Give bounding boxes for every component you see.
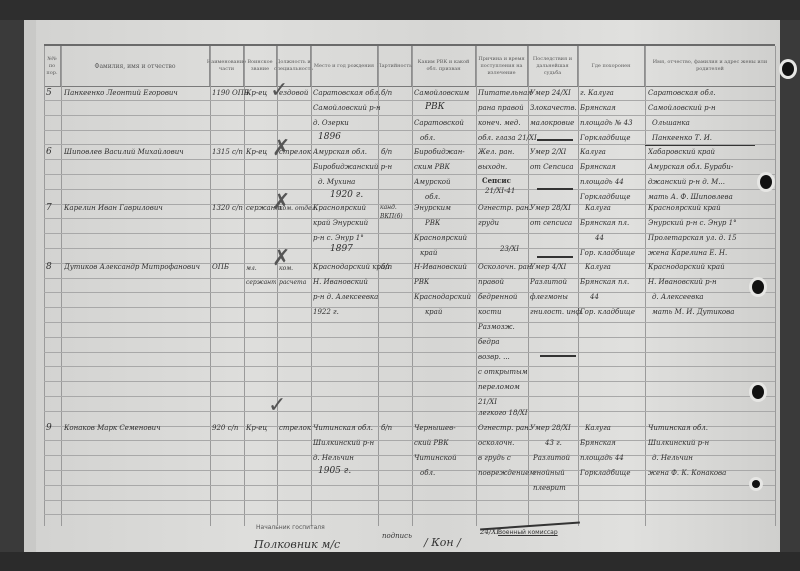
row7-rvk-2: РВК (425, 218, 440, 229)
header-cause: Причина и время поступления на излечение (476, 46, 528, 86)
row5-cause-1: Питательная (478, 88, 532, 99)
row9-outcome-2: 43 г. (545, 438, 562, 449)
row8-outcome-3: флегмоны (530, 292, 568, 303)
row5-outcome-3: малокровие (530, 118, 574, 129)
row8-outcome-4: гнилост. инф. (530, 307, 583, 318)
row7-rvk-4: край (420, 248, 437, 259)
header-name: Фамилия, имя и отчество (61, 46, 210, 86)
row6-unit: 1315 с/п (212, 147, 243, 158)
row7-party: канд. ВКП(б) (380, 203, 410, 221)
row6-birth-1: Амурская обл. (313, 147, 367, 158)
ruled-line (44, 174, 775, 175)
row9-rvk-3: Читинской (414, 453, 457, 464)
row9-birth-3: д. Нельчин (313, 453, 354, 464)
ruled-line (44, 100, 775, 101)
grid-vline (277, 46, 278, 526)
row8-name: Дутиков Александр Митрофанович (64, 262, 200, 273)
row6-cause-3: Сепсис (482, 175, 511, 186)
row5-outcome-2: Злокачеств. (530, 103, 577, 114)
row7-birth-3: р-н с. Энур 1° (313, 233, 364, 244)
row8-cause-10: 21/XI (478, 397, 497, 408)
punch-hole (752, 385, 764, 399)
chief-name: / Кон / (424, 536, 461, 549)
ruled-line (44, 381, 775, 382)
row5-party: б/п (381, 88, 392, 99)
row8-rvk-4: край (425, 307, 442, 318)
row7-outcome-2: от сепсиса (530, 218, 572, 229)
row6-cause-4: 21/XI-41 (485, 186, 515, 197)
ruled-line (44, 115, 775, 116)
row6-birth-3: д. Мухина (318, 177, 355, 188)
row8-birth-2: Н. Ивановский (313, 277, 368, 288)
row7-birth-4: 1897 (330, 244, 353, 255)
commissar-title: Военный комиссар (498, 529, 558, 536)
row8-rvk-1: Н-Ивановский (414, 262, 467, 273)
row5-relatives-underline (645, 145, 755, 146)
row8-outcome-dash (540, 355, 576, 357)
scan-background-top (0, 0, 800, 20)
row9-name: Конаков Марк Семенович (64, 423, 161, 434)
row5-relatives-4: Панкеенко Т. И. (652, 133, 712, 144)
row9-rvk-4: обл. (420, 468, 435, 479)
row9-num: 9 (46, 423, 52, 434)
row9-rvk-2: ский РВК (414, 438, 449, 449)
row5-rvk-1: Самойловским (414, 88, 469, 99)
row5-birth-4: 1896 (318, 132, 341, 143)
scan-background-bottom (0, 552, 800, 571)
row5-rvk-3: Саратовской (414, 118, 464, 129)
checkmark-icon: ✗ (272, 192, 290, 214)
row8-birth-1: Краснодарский край (313, 262, 390, 273)
row7-birth-1: Красноярский (313, 203, 366, 214)
row8-rvk-2: РВК (414, 277, 429, 288)
row7-relatives-2: Энурский р-н с. Энур 1° (648, 218, 737, 229)
row9-position: стрелок (279, 423, 311, 434)
row9-relatives-1: Читинская обл. (648, 423, 708, 434)
row8-cause-3: бедренной (478, 292, 517, 303)
row5-birth-3: д. Озерки (313, 118, 349, 129)
row6-relatives-4: мать А. Ф. Шиповлева (648, 192, 733, 203)
grid-vline (645, 46, 646, 526)
row8-relatives-2: Н. Ивановский р-н (648, 277, 717, 288)
row5-rank: Кр-ец (246, 88, 267, 99)
header-rvk: Каким РВК и какой обл. призван (412, 46, 476, 86)
row8-relatives-3: д. Алексеевка (652, 292, 704, 303)
ruled-line (44, 514, 775, 515)
row7-buried-4: Гор. кладбище (580, 248, 635, 259)
grid-vline (210, 46, 211, 526)
row8-cause-6: бедра (478, 337, 500, 348)
row7-birth-2: край Энурский (313, 218, 368, 229)
row8-cause-8: с открытым (478, 367, 528, 378)
row7-relatives-3: Пролетарская ул. д. 15 (648, 233, 737, 244)
header-birth: Место и год рождения (311, 46, 378, 86)
row8-buried-3: 44 (590, 292, 599, 303)
row6-relatives-1: Хабаровский край (648, 147, 715, 158)
checkmark-icon: ✓ (270, 80, 288, 102)
row5-cause-3: конеч. мед. (478, 118, 521, 129)
row9-relatives-2: Шилкинский р-н (648, 438, 709, 449)
row5-name: Панкеенко Леонтий Егорович (64, 88, 178, 99)
row7-buried-2: Брянская пл. (580, 218, 629, 229)
ruled-line (44, 159, 775, 160)
ruled-line (44, 500, 775, 501)
header-num: №№ по пор. (44, 46, 61, 86)
grid-vline (244, 46, 245, 526)
row9-rank: Кр-ец (246, 423, 267, 434)
row8-cause-9: переломом (478, 382, 520, 393)
row8-buried-4: Гор. кладбище (580, 307, 635, 318)
row5-buried-1: г. Калуга (580, 88, 614, 99)
grid-vline (775, 46, 776, 526)
chief-rank: Полковник м/с (254, 538, 340, 551)
row9-buried-2: Брянская (580, 438, 616, 449)
grid-vline (412, 46, 413, 526)
row7-cause-2: груди (478, 218, 499, 229)
row9-cause-4: повреждением (478, 468, 535, 479)
page-left-edge (24, 20, 36, 552)
row5-cause-4: обл. глаза 21/XI (478, 133, 537, 144)
row7-name: Карелин Иван Гаврилович (64, 203, 163, 214)
row6-party: б/п (381, 147, 392, 158)
row9-unit: 920 с/п (212, 423, 238, 434)
grid-vline (311, 46, 312, 526)
row9-cause-5: легкого 18/XI (478, 408, 528, 419)
row9-outcome-3: Разлитой (533, 453, 570, 464)
header-bottom-rule (44, 86, 775, 87)
punch-hole (760, 175, 772, 189)
header-buried: Где похоронен (578, 46, 645, 86)
punch-hole (782, 62, 794, 76)
row6-buried-3: площадь 44 (580, 177, 624, 188)
row8-cause-5: Размозж. (478, 322, 515, 333)
row5-num: 5 (46, 88, 52, 99)
checkmark-icon: ✗ (272, 248, 290, 270)
row9-outcome-1: Умер 28/XI (530, 423, 571, 434)
row5-relatives-1: Саратовская обл. (648, 88, 715, 99)
row8-cause-4: кости (478, 307, 501, 318)
row6-cause-2: выходн. (478, 162, 507, 173)
row7-outcome-1: Умер 28/XI (530, 203, 571, 214)
row9-outcome-5: плеврит (533, 483, 566, 494)
ruled-line (44, 411, 775, 412)
row9-party: б/п (381, 423, 392, 434)
row7-outcome-dash (537, 256, 573, 258)
row7-cause-3: 23/XI (500, 244, 519, 255)
ruled-line (44, 485, 775, 486)
row7-buried-3: 44 (595, 233, 604, 244)
row7-rvk-1: Энурским (414, 203, 451, 214)
header-unit: Наименование части (210, 46, 244, 86)
row8-cause-2: правой (478, 277, 504, 288)
row8-unit: ОПБ (212, 262, 229, 273)
row6-num: 6 (46, 147, 52, 158)
ruled-line (44, 352, 775, 353)
chief-label: Начальник госпиталя (256, 524, 325, 531)
row5-cause-2: рана правой (478, 103, 524, 114)
row9-birth-2: Шилкинский р-н (313, 438, 374, 449)
row9-relatives-3: д. Нельчин (652, 453, 693, 464)
row7-rvk-3: Красноярский (414, 233, 467, 244)
row7-num: 7 (46, 203, 52, 214)
row7-relatives-4: жена Карелина Е. Н. (648, 248, 727, 259)
ruled-line (44, 337, 775, 338)
row8-party: б/п (381, 262, 392, 273)
row5-buried-2: Брянская (580, 103, 616, 114)
row7-unit: 1320 с/п (212, 203, 243, 214)
signature: подпись (382, 532, 412, 540)
row5-buried-4: Горкладбище (580, 133, 631, 144)
grid-vline (528, 46, 529, 526)
punch-hole (752, 280, 764, 294)
row9-rvk-1: Чернышев- (414, 423, 456, 434)
row9-birth-4: 1905 г. (318, 466, 351, 477)
row5-buried-3: площадь № 43 (580, 118, 633, 129)
row7-relatives-1: Красноярский край (648, 203, 721, 214)
row6-rank: Кр-ец (246, 147, 267, 158)
row9-cause-2: осколочн. (478, 438, 514, 449)
grid-vline (476, 46, 477, 526)
row8-rvk-3: Краснодарский (414, 292, 471, 303)
row8-outcome-1: Умер 4/XI (530, 262, 566, 273)
grid-vline (44, 46, 45, 526)
grid-vline (378, 46, 379, 526)
row6-rvk-1: Биробиджан- (414, 147, 465, 158)
row8-relatives-1: Краснодарский край (648, 262, 725, 273)
grid-vline (61, 46, 62, 526)
row8-outcome-2: Разлитой (530, 277, 567, 288)
row7-cause-1: Огнестр. ран. (478, 203, 531, 214)
row9-buried-4: Горкладбище (580, 468, 631, 479)
row5-unit: 1190 ОПБ (212, 88, 249, 99)
row6-name: Шиповлев Василий Михайлович (64, 147, 184, 158)
row8-birth-4: 1922 г. (313, 307, 339, 318)
header-relatives: Имя, отчество, фамилия и адрес жены или … (645, 46, 775, 86)
checkmark-icon: ✗ (272, 138, 290, 160)
row6-birth-4: 1920 г. (330, 190, 363, 201)
row5-relatives-3: Ольшанка (652, 118, 690, 129)
row6-relatives-2: Амурская обл. Бураби- (648, 162, 733, 173)
row6-buried-4: Горкладбище (580, 192, 631, 203)
row5-birth-1: Саратовская обл. (313, 88, 380, 99)
row6-cause-1: Жел. ран. (478, 147, 514, 158)
row8-buried-1: Калуга (585, 262, 611, 273)
grid-vline (578, 46, 579, 526)
row9-relatives-4: жена Ф. К. Конакова (648, 468, 726, 479)
row5-outcome-1: Умер 24/XI (530, 88, 571, 99)
row8-birth-3: р-н д. Алексеевка (313, 292, 378, 303)
checkmark-icon: ✓ (268, 395, 286, 417)
row6-outcome-2: от Сепсиса (530, 162, 574, 173)
row6-outcome-1: Умер 2/XI (530, 147, 566, 158)
row8-cause-1: Осколочн. ран. (478, 262, 534, 273)
row6-rvk-3: Амурской (414, 177, 450, 188)
row5-birth-2: Самойловский р-н (313, 103, 381, 114)
row6-birth-2: Биробиджанский р-н (313, 162, 392, 173)
row6-buried-1: Калуга (580, 147, 606, 158)
row9-outcome-4: гнойный (533, 468, 565, 479)
ruled-line (44, 322, 775, 323)
row5-rvk-4: обл. (420, 133, 435, 144)
row9-cause-1: Огнестр. ран. (478, 423, 531, 434)
row6-buried-2: Брянская (580, 162, 616, 173)
header-outcome: Последствия и дальнейшая судьба (528, 46, 578, 86)
row6-relatives-3: джанский р-н д. М... (648, 177, 725, 188)
row5-relatives-2: Самойловский р-н (648, 103, 716, 114)
ruled-line (44, 366, 775, 367)
row8-buried-2: Брянская пл. (580, 277, 629, 288)
row5-rvk-2: РВК (425, 102, 445, 113)
row7-buried-1: Калуга (585, 203, 611, 214)
ruled-line (44, 130, 775, 131)
punch-hole (752, 480, 760, 488)
row9-buried-1: Калуга (585, 423, 611, 434)
row9-buried-3: площадь 44 (580, 453, 624, 464)
row8-relatives-4: мать М. И. Дутикова (652, 307, 734, 318)
header-party: Партийность (378, 46, 412, 86)
row8-cause-7: возвр. ... (478, 352, 510, 363)
ruled-line (44, 396, 775, 397)
row8-num: 8 (46, 262, 52, 273)
row9-birth-1: Читинская обл. (313, 423, 373, 434)
ruled-line (44, 189, 775, 190)
row5-outcome-dash (537, 139, 573, 141)
row6-rvk-2: ским РВК (414, 162, 450, 173)
row6-rvk-4: обл. (425, 192, 440, 203)
row9-cause-3: в грудь с (478, 453, 511, 464)
row6-outcome-dash (537, 188, 573, 190)
